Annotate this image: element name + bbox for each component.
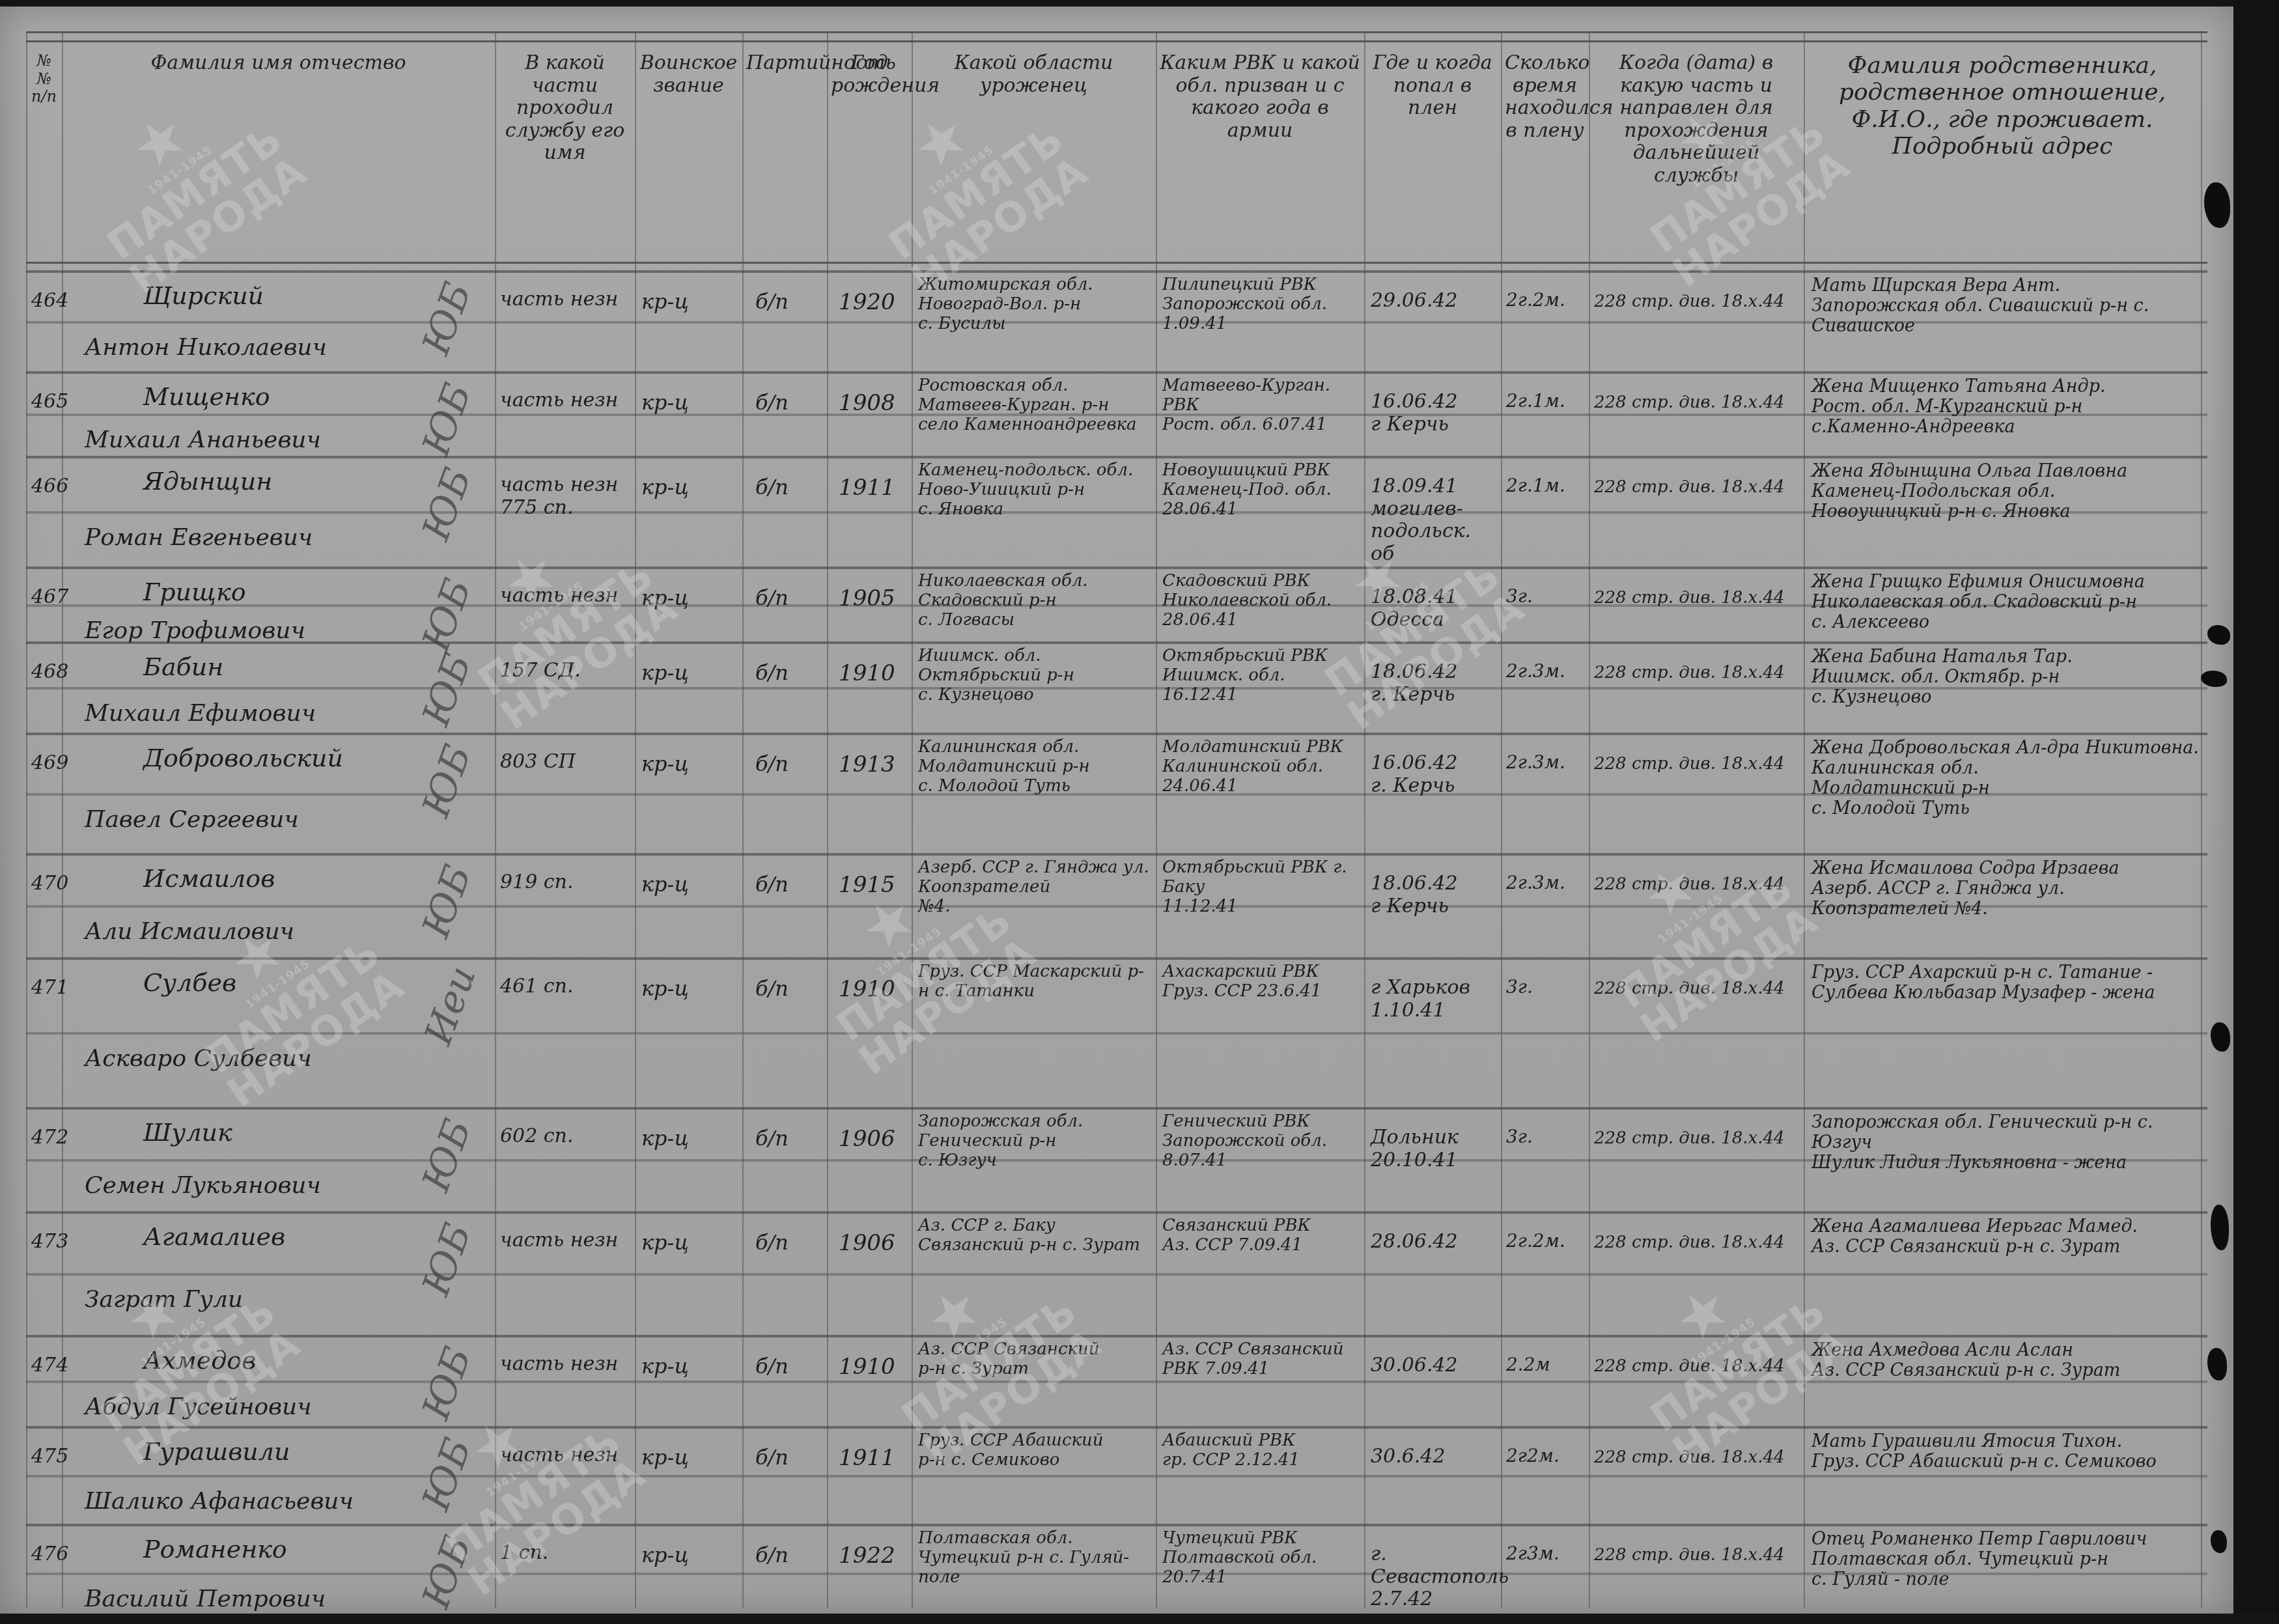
- military-unit: 919 сп.: [500, 871, 634, 894]
- birth-year: 1911: [839, 1446, 910, 1471]
- given-name-patronymic: Михаил Ананьевич: [85, 427, 423, 453]
- rank: кр-ц: [641, 661, 739, 685]
- row-number: 464: [31, 290, 60, 313]
- verification-mark: Иеи: [415, 960, 484, 1050]
- column-divider: [1501, 33, 1502, 1608]
- rank: кр-ц: [641, 475, 739, 499]
- birth-year: 1906: [839, 1231, 910, 1256]
- row-rule: [26, 270, 2207, 273]
- row-rule: [26, 456, 2207, 458]
- birthplace: Николаевская обл. Скадовский р-н с. Логв…: [918, 572, 1153, 630]
- row-rule: [26, 1524, 2207, 1526]
- watermark: ★1941-1945ПАМЯТЬНАРОДА: [431, 496, 685, 736]
- verification-mark: ЮБ: [413, 739, 480, 822]
- row-number: 466: [31, 475, 60, 498]
- conscription-rvk: Чутецкий РВК Полтавской обл. 20.7.41: [1162, 1529, 1361, 1588]
- row-rule: [26, 733, 2207, 735]
- captured-date-place: г Харьков 1.10.41: [1371, 977, 1501, 1022]
- party-status: б/п: [755, 475, 820, 499]
- surname: Шулик: [143, 1119, 417, 1147]
- party-status: б/п: [755, 873, 820, 897]
- party-status: б/п: [755, 586, 820, 610]
- rank: кр-ц: [641, 752, 739, 776]
- sent-to-unit: 228 стр. див. 18.х.44: [1594, 393, 1802, 413]
- time-in-captivity: 2г.3м.: [1506, 752, 1591, 773]
- birthplace: Каменец-подольск. обл. Ново-Ушицкий р-н …: [918, 461, 1153, 520]
- row-number: 476: [31, 1543, 60, 1566]
- party-status: б/п: [755, 1231, 820, 1255]
- conscription-rvk: Молдатинский РВК Калининской обл. 24.06.…: [1162, 738, 1361, 796]
- rank: кр-ц: [641, 1127, 739, 1151]
- row-number: 470: [31, 873, 60, 895]
- register-sheet: №№ п/пФамилия имя отчествоВ какой части …: [0, 7, 2233, 1617]
- birthplace: Аз. ССР г. Баку Связанский р-н с. Зурат: [918, 1216, 1153, 1255]
- captured-date-place: 28.06.42: [1371, 1231, 1501, 1253]
- header-rule-top-2: [26, 40, 2207, 42]
- time-in-captivity: 3г.: [1506, 1127, 1591, 1147]
- row-rule: [26, 1107, 2207, 1110]
- rank: кр-ц: [641, 1354, 739, 1379]
- binding-hole: [2207, 1348, 2227, 1380]
- row-subrule: [26, 1475, 2207, 1477]
- surname: Щирский: [143, 282, 417, 311]
- rank: кр-ц: [641, 977, 739, 1001]
- verification-mark: ЮБ: [413, 277, 480, 360]
- birthplace: Запорожская обл. Генический р-н с. Юзгуч: [918, 1112, 1153, 1171]
- given-name-patronymic: Антон Николаевич: [85, 334, 423, 361]
- captured-date-place: 30.06.42: [1371, 1354, 1501, 1377]
- column-divider: [827, 33, 828, 1608]
- time-in-captivity: 2г2м.: [1506, 1446, 1591, 1466]
- column-header: Воинское звание: [639, 52, 738, 254]
- sent-to-unit: 228 стр. див. 18.х.44: [1594, 1546, 1802, 1565]
- row-number: 474: [31, 1354, 60, 1377]
- given-name-patronymic: Василий Петрович: [85, 1586, 423, 1612]
- birth-year: 1913: [839, 752, 910, 777]
- given-name-patronymic: Павел Сергеевич: [85, 806, 423, 833]
- row-number: 471: [31, 977, 60, 1000]
- birth-year: 1911: [839, 475, 910, 501]
- military-unit: 602 сп.: [500, 1125, 634, 1148]
- scan-right-border: [2233, 0, 2279, 1624]
- row-rule: [26, 567, 2207, 569]
- surname: Грищко: [143, 578, 417, 607]
- sent-to-unit: 228 стр. див. 18.х.44: [1594, 664, 1802, 683]
- relative-address: Жена Грищко Ефимия Онисимовна Николаевск…: [1811, 572, 2202, 632]
- column-divider: [1156, 33, 1157, 1608]
- surname: Мищенко: [143, 383, 417, 412]
- military-unit: часть незн 775 сп.: [500, 474, 634, 519]
- captured-date-place: г. Севастополь 2.7.42: [1371, 1543, 1501, 1611]
- conscription-rvk: Октябрьский РВК г. Баку 11.12.41: [1162, 858, 1361, 917]
- sent-to-unit: 228 стр. див. 18.х.44: [1594, 755, 1802, 774]
- header-rule-bottom: [26, 262, 2207, 264]
- row-rule: [26, 853, 2207, 856]
- binding-hole: [2204, 182, 2230, 228]
- conscription-rvk: Абашский РВК гр. ССР 2.12.41: [1162, 1431, 1361, 1470]
- relative-address: Жена Добровольская Ал-дра Никитовна. Кал…: [1811, 738, 2202, 819]
- surname: Исмаилов: [143, 865, 417, 893]
- rank: кр-ц: [641, 391, 739, 415]
- relative-address: Жена Бабина Наталья Тар. Ишимск. обл. Ок…: [1811, 647, 2202, 707]
- relative-address: Жена Исмаилова Содра Ирзаева Азерб. АССР…: [1811, 858, 2202, 919]
- conscription-rvk: Новоушицкий РВК Каменец-Под. обл. 28.06.…: [1162, 461, 1361, 520]
- time-in-captivity: 2г.3м.: [1506, 873, 1591, 893]
- sent-to-unit: 228 стр. див. 18.х.44: [1594, 292, 1802, 312]
- captured-date-place: Дольник 20.10.41: [1371, 1127, 1501, 1171]
- row-subrule: [26, 1273, 2207, 1276]
- surname: Добровольский: [143, 744, 417, 773]
- column-header: Сколько время находился в плену: [1505, 52, 1585, 254]
- surname: Бабин: [143, 653, 417, 682]
- party-status: б/п: [755, 1543, 820, 1567]
- time-in-captivity: 3г.: [1506, 977, 1591, 998]
- birth-year: 1922: [839, 1543, 910, 1569]
- relative-address: Груз. ССР Ахарский р-н с. Татание - Сулб…: [1811, 962, 2202, 1003]
- row-number: 472: [31, 1127, 60, 1149]
- watermark: ★1941-1945ПАМЯТЬНАРОДА: [158, 873, 412, 1114]
- time-in-captivity: 2г3м.: [1506, 1543, 1591, 1564]
- binding-hole: [2201, 671, 2227, 687]
- captured-date-place: 16.06.42 г Керчь: [1371, 391, 1501, 436]
- verification-mark: ЮБ: [413, 860, 480, 943]
- row-number: 469: [31, 752, 60, 775]
- binding-hole: [2211, 1530, 2227, 1553]
- given-name-patronymic: Шалико Афанасьевич: [85, 1488, 423, 1515]
- rank: кр-ц: [641, 1446, 739, 1470]
- given-name-patronymic: Егор Трофимович: [85, 617, 423, 644]
- relative-address: Жена Ядынщина Ольга Павловна Каменец-Под…: [1811, 461, 2202, 522]
- column-divider: [26, 33, 27, 1608]
- relative-address: Запорожская обл. Генический р-н с. Юзгуч…: [1811, 1112, 2202, 1173]
- column-header: Где и когда попал в плен: [1368, 52, 1497, 254]
- row-rule: [26, 1335, 2207, 1337]
- party-status: б/п: [755, 661, 820, 685]
- captured-date-place: 18.06.42 г Керчь: [1371, 873, 1501, 917]
- military-unit: 461 сп.: [500, 975, 634, 998]
- birthplace: Ишимск. обл. Октябрьский р-н с. Кузнецов…: [918, 647, 1153, 705]
- birth-year: 1905: [839, 586, 910, 611]
- captured-date-place: 16.06.42 г. Керчь: [1371, 752, 1501, 797]
- relative-address: Отец Романенко Петр Гаврилович Полтавска…: [1811, 1529, 2202, 1589]
- row-number: 475: [31, 1446, 60, 1468]
- party-status: б/п: [755, 1446, 820, 1470]
- rank: кр-ц: [641, 1231, 739, 1255]
- surname: Романенко: [143, 1535, 417, 1564]
- conscription-rvk: Ахаскарский РВК Груз. ССР 23.6.41: [1162, 962, 1361, 1001]
- binding-hole: [2211, 1205, 2229, 1250]
- row-number: 468: [31, 661, 60, 684]
- party-status: б/п: [755, 1127, 820, 1151]
- binding-hole: [2207, 625, 2230, 645]
- conscription-rvk: Пилипецкий РВК Запорожской обл. 1.09.41: [1162, 275, 1361, 334]
- verification-mark: ЮБ: [413, 1113, 480, 1197]
- relative-address: Мать Гурашвили Ятосия Тихон. Груз. ССР А…: [1811, 1431, 2202, 1472]
- scan-bottom-border: [0, 1614, 2279, 1624]
- sent-to-unit: 228 стр. див. 18.х.44: [1594, 1129, 1802, 1149]
- relative-address: Жена Агамалиева Иерьгас Мамед. Аз. ССР С…: [1811, 1216, 2202, 1257]
- birthplace: Калининская обл. Молдатинский р-н с. Мол…: [918, 738, 1153, 796]
- birth-year: 1906: [839, 1127, 910, 1152]
- row-subrule: [26, 1380, 2207, 1383]
- row-rule: [26, 371, 2207, 374]
- row-rule: [26, 1211, 2207, 1214]
- time-in-captivity: 2г.2м.: [1506, 1231, 1591, 1252]
- birth-year: 1920: [839, 290, 910, 315]
- watermark: ★1941-1945ПАМЯТЬНАРОДА: [1571, 808, 1825, 1049]
- verification-mark: ЮБ: [413, 462, 480, 546]
- military-unit: 803 СП: [500, 751, 634, 774]
- birth-year: 1908: [839, 391, 910, 416]
- surname: Ядынщин: [143, 468, 417, 496]
- conscription-rvk: Аз. ССР Связанский РВК 7.09.41: [1162, 1340, 1361, 1379]
- column-header: В какой части проходил службу его имя: [499, 52, 631, 254]
- verification-mark: ЮБ: [413, 1218, 480, 1301]
- row-rule: [26, 1426, 2207, 1429]
- party-status: б/п: [755, 391, 820, 415]
- verification-mark: ЮБ: [413, 1341, 480, 1425]
- time-in-captivity: 2г.2м.: [1506, 290, 1591, 311]
- column-divider: [1364, 33, 1365, 1608]
- relative-address: Мать Щирская Вера Ант. Запорожская обл. …: [1811, 275, 2202, 336]
- header-rule-top: [26, 31, 2207, 33]
- captured-date-place: 30.6.42: [1371, 1446, 1501, 1468]
- time-in-captivity: 2г.1м.: [1506, 475, 1591, 496]
- given-name-patronymic: Михаил Ефимович: [85, 700, 423, 727]
- row-number: 465: [31, 391, 60, 413]
- rank: кр-ц: [641, 1543, 739, 1567]
- birth-year: 1910: [839, 661, 910, 686]
- sent-to-unit: 228 стр. див. 18.х.44: [1594, 478, 1802, 497]
- rank: кр-ц: [641, 290, 739, 314]
- column-divider: [635, 33, 636, 1608]
- watermark: ★1941-1945ПАМЯТЬНАРОДА: [53, 1231, 307, 1472]
- time-in-captivity: 2г.3м.: [1506, 661, 1591, 682]
- conscription-rvk: Связанский РВК Аз. ССР 7.09.41: [1162, 1216, 1361, 1255]
- column-divider: [495, 33, 496, 1608]
- verification-mark: ЮБ: [413, 378, 480, 461]
- birthplace: Ростовская обл. Матвеев-Курган. р-н село…: [918, 376, 1153, 435]
- party-status: б/п: [755, 1354, 820, 1379]
- party-status: б/п: [755, 290, 820, 314]
- sent-to-unit: 228 стр. див. 18.х.44: [1594, 589, 1802, 608]
- relative-address: Жена Ахмедова Асли Аслан Аз. ССР Связанс…: [1811, 1340, 2202, 1380]
- birthplace: Полтавская обл. Чутецкий р-н с. Гуляй-по…: [918, 1529, 1153, 1588]
- time-in-captivity: 2г.1м.: [1506, 391, 1591, 412]
- relative-address: Жена Мищенко Татьяна Андр. Рост. обл. М-…: [1811, 376, 2202, 437]
- given-name-patronymic: Роман Евгеньевич: [85, 524, 423, 551]
- military-unit: часть незн: [500, 389, 634, 412]
- conscription-rvk: Матвеево-Курган. РВК Рост. обл. 6.07.41: [1162, 376, 1361, 435]
- military-unit: часть незн: [500, 1229, 634, 1252]
- surname: Агамалиев: [143, 1223, 417, 1252]
- column-header: Каким РВК и какой обл. призван и с каког…: [1160, 52, 1360, 254]
- column-header: Фамилия родственника, родственное отноше…: [1808, 52, 2197, 254]
- military-unit: часть незн: [500, 288, 634, 311]
- party-status: б/п: [755, 752, 820, 776]
- captured-date-place: 29.06.42: [1371, 290, 1501, 313]
- row-number: 467: [31, 586, 60, 609]
- rank: кр-ц: [641, 873, 739, 897]
- binding-hole: [2211, 1022, 2230, 1052]
- time-in-captivity: 2.2м: [1506, 1354, 1591, 1375]
- column-divider: [742, 33, 744, 1608]
- given-name-patronymic: Семен Лукьянович: [85, 1172, 423, 1199]
- conscription-rvk: Генический РВК Запорожской обл. 8.07.41: [1162, 1112, 1361, 1171]
- row-number: 473: [31, 1231, 60, 1253]
- column-header: №№ п/п: [30, 52, 58, 254]
- column-header: Партийность: [746, 52, 823, 254]
